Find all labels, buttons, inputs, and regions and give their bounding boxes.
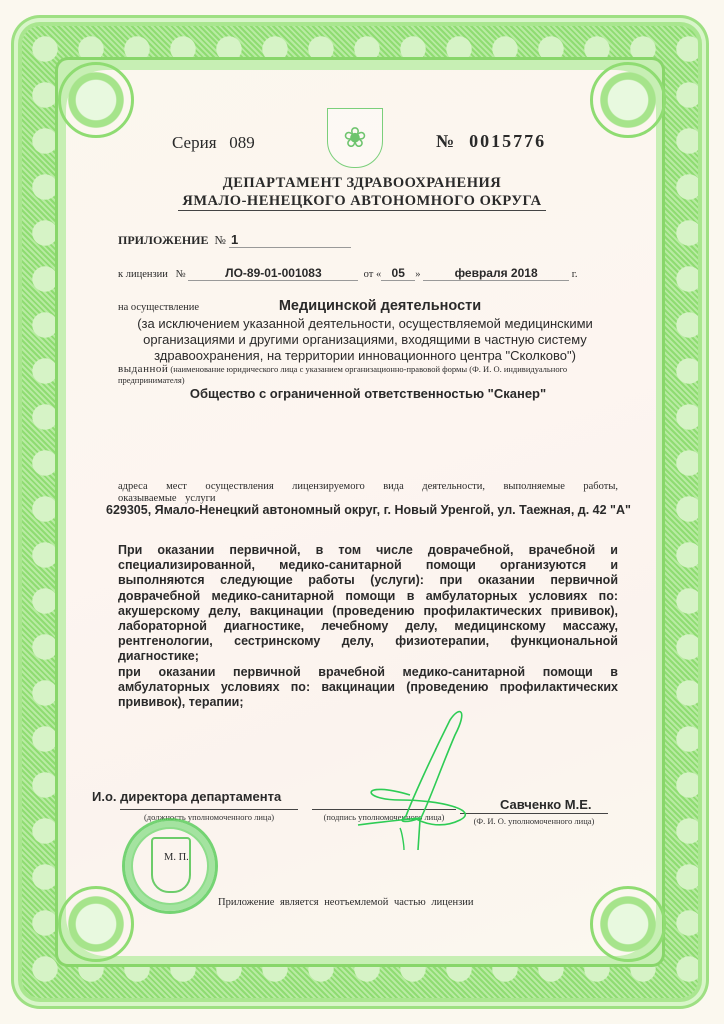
series: Серия 089 xyxy=(172,133,255,153)
license-month-year: февраля 2018 xyxy=(423,266,569,281)
position-caption: (должность уполномоченного лица) xyxy=(120,812,298,822)
organization-name: Общество с ограниченной ответственностью… xyxy=(118,386,618,401)
footer-note: Приложение является неотъемлемой частью … xyxy=(218,897,474,908)
issued-label: выданной xyxy=(118,363,168,375)
name-caption: (Ф. И. О. уполномоченного лица) xyxy=(460,816,608,826)
signer-name: Савченко М.Е. xyxy=(500,797,592,812)
department-name-line2: ЯМАЛО-НЕНЕЦКОГО АВТОНОМНОГО ОКРУГА xyxy=(0,193,724,210)
issued-hint: (наименование юридического лица с указан… xyxy=(118,364,567,385)
corner-ornament-icon xyxy=(590,62,666,138)
license-day: 05 xyxy=(381,266,415,281)
corner-ornament-icon xyxy=(590,886,666,962)
number-value: 0015776 xyxy=(469,131,546,151)
issued-row: выданной (наименование юридического лица… xyxy=(118,364,618,386)
license-prefix: к лицензии xyxy=(118,269,168,280)
address-value: 629305, Ямало-Ненецкий автономный округ,… xyxy=(106,503,631,517)
appendix-number-symbol: № xyxy=(215,233,226,247)
from-label: от xyxy=(364,269,374,280)
signer-position: И.о. директора департамента xyxy=(92,789,281,804)
appendix-label: ПРИЛОЖЕНИЕ xyxy=(118,233,209,247)
appendix-row: ПРИЛОЖЕНИЕ № 1 xyxy=(118,232,351,248)
series-label: Серия xyxy=(172,133,217,152)
stamp-emblem-icon xyxy=(151,837,191,893)
license-number: ЛО-89-01-001083 xyxy=(188,266,358,281)
corner-ornament-icon xyxy=(58,886,134,962)
position-line xyxy=(120,809,298,810)
coat-of-arms-icon: ❀ xyxy=(327,108,383,168)
services-list: При оказании первичной, в том числе довр… xyxy=(118,543,618,710)
quote-close: » xyxy=(415,269,420,280)
name-line xyxy=(460,813,608,814)
number-symbol: № xyxy=(436,131,456,151)
official-stamp xyxy=(122,818,218,914)
activity-title: Медицинской деятельности xyxy=(120,298,640,314)
department-name-line1: ДЕПАРТАМЕНТ ЗДРАВООХРАНЕНИЯ xyxy=(0,175,724,192)
address-label-line1: адреса мест осуществления лицензируемого… xyxy=(118,480,618,493)
license-number-symbol: № xyxy=(176,269,186,280)
form-number: № 0015776 xyxy=(436,131,546,152)
series-value: 089 xyxy=(229,133,255,152)
services-paragraph-1: При оказании первичной, в том числе довр… xyxy=(118,543,618,665)
appendix-number: 1 xyxy=(229,232,351,248)
department-line2-text: ЯМАЛО-НЕНЕЦКОГО АВТОНОМНОГО ОКРУГА xyxy=(178,193,545,211)
stamp-label: М. П. xyxy=(164,852,189,863)
handwritten-signature-icon xyxy=(340,700,480,850)
corner-ornament-icon xyxy=(58,62,134,138)
license-row: к лицензии № ЛО-89-01-001083 от «05» фев… xyxy=(118,266,577,281)
activity-description: (за исключением указанной деятельности, … xyxy=(112,316,618,364)
year-suffix: г. xyxy=(572,269,578,280)
